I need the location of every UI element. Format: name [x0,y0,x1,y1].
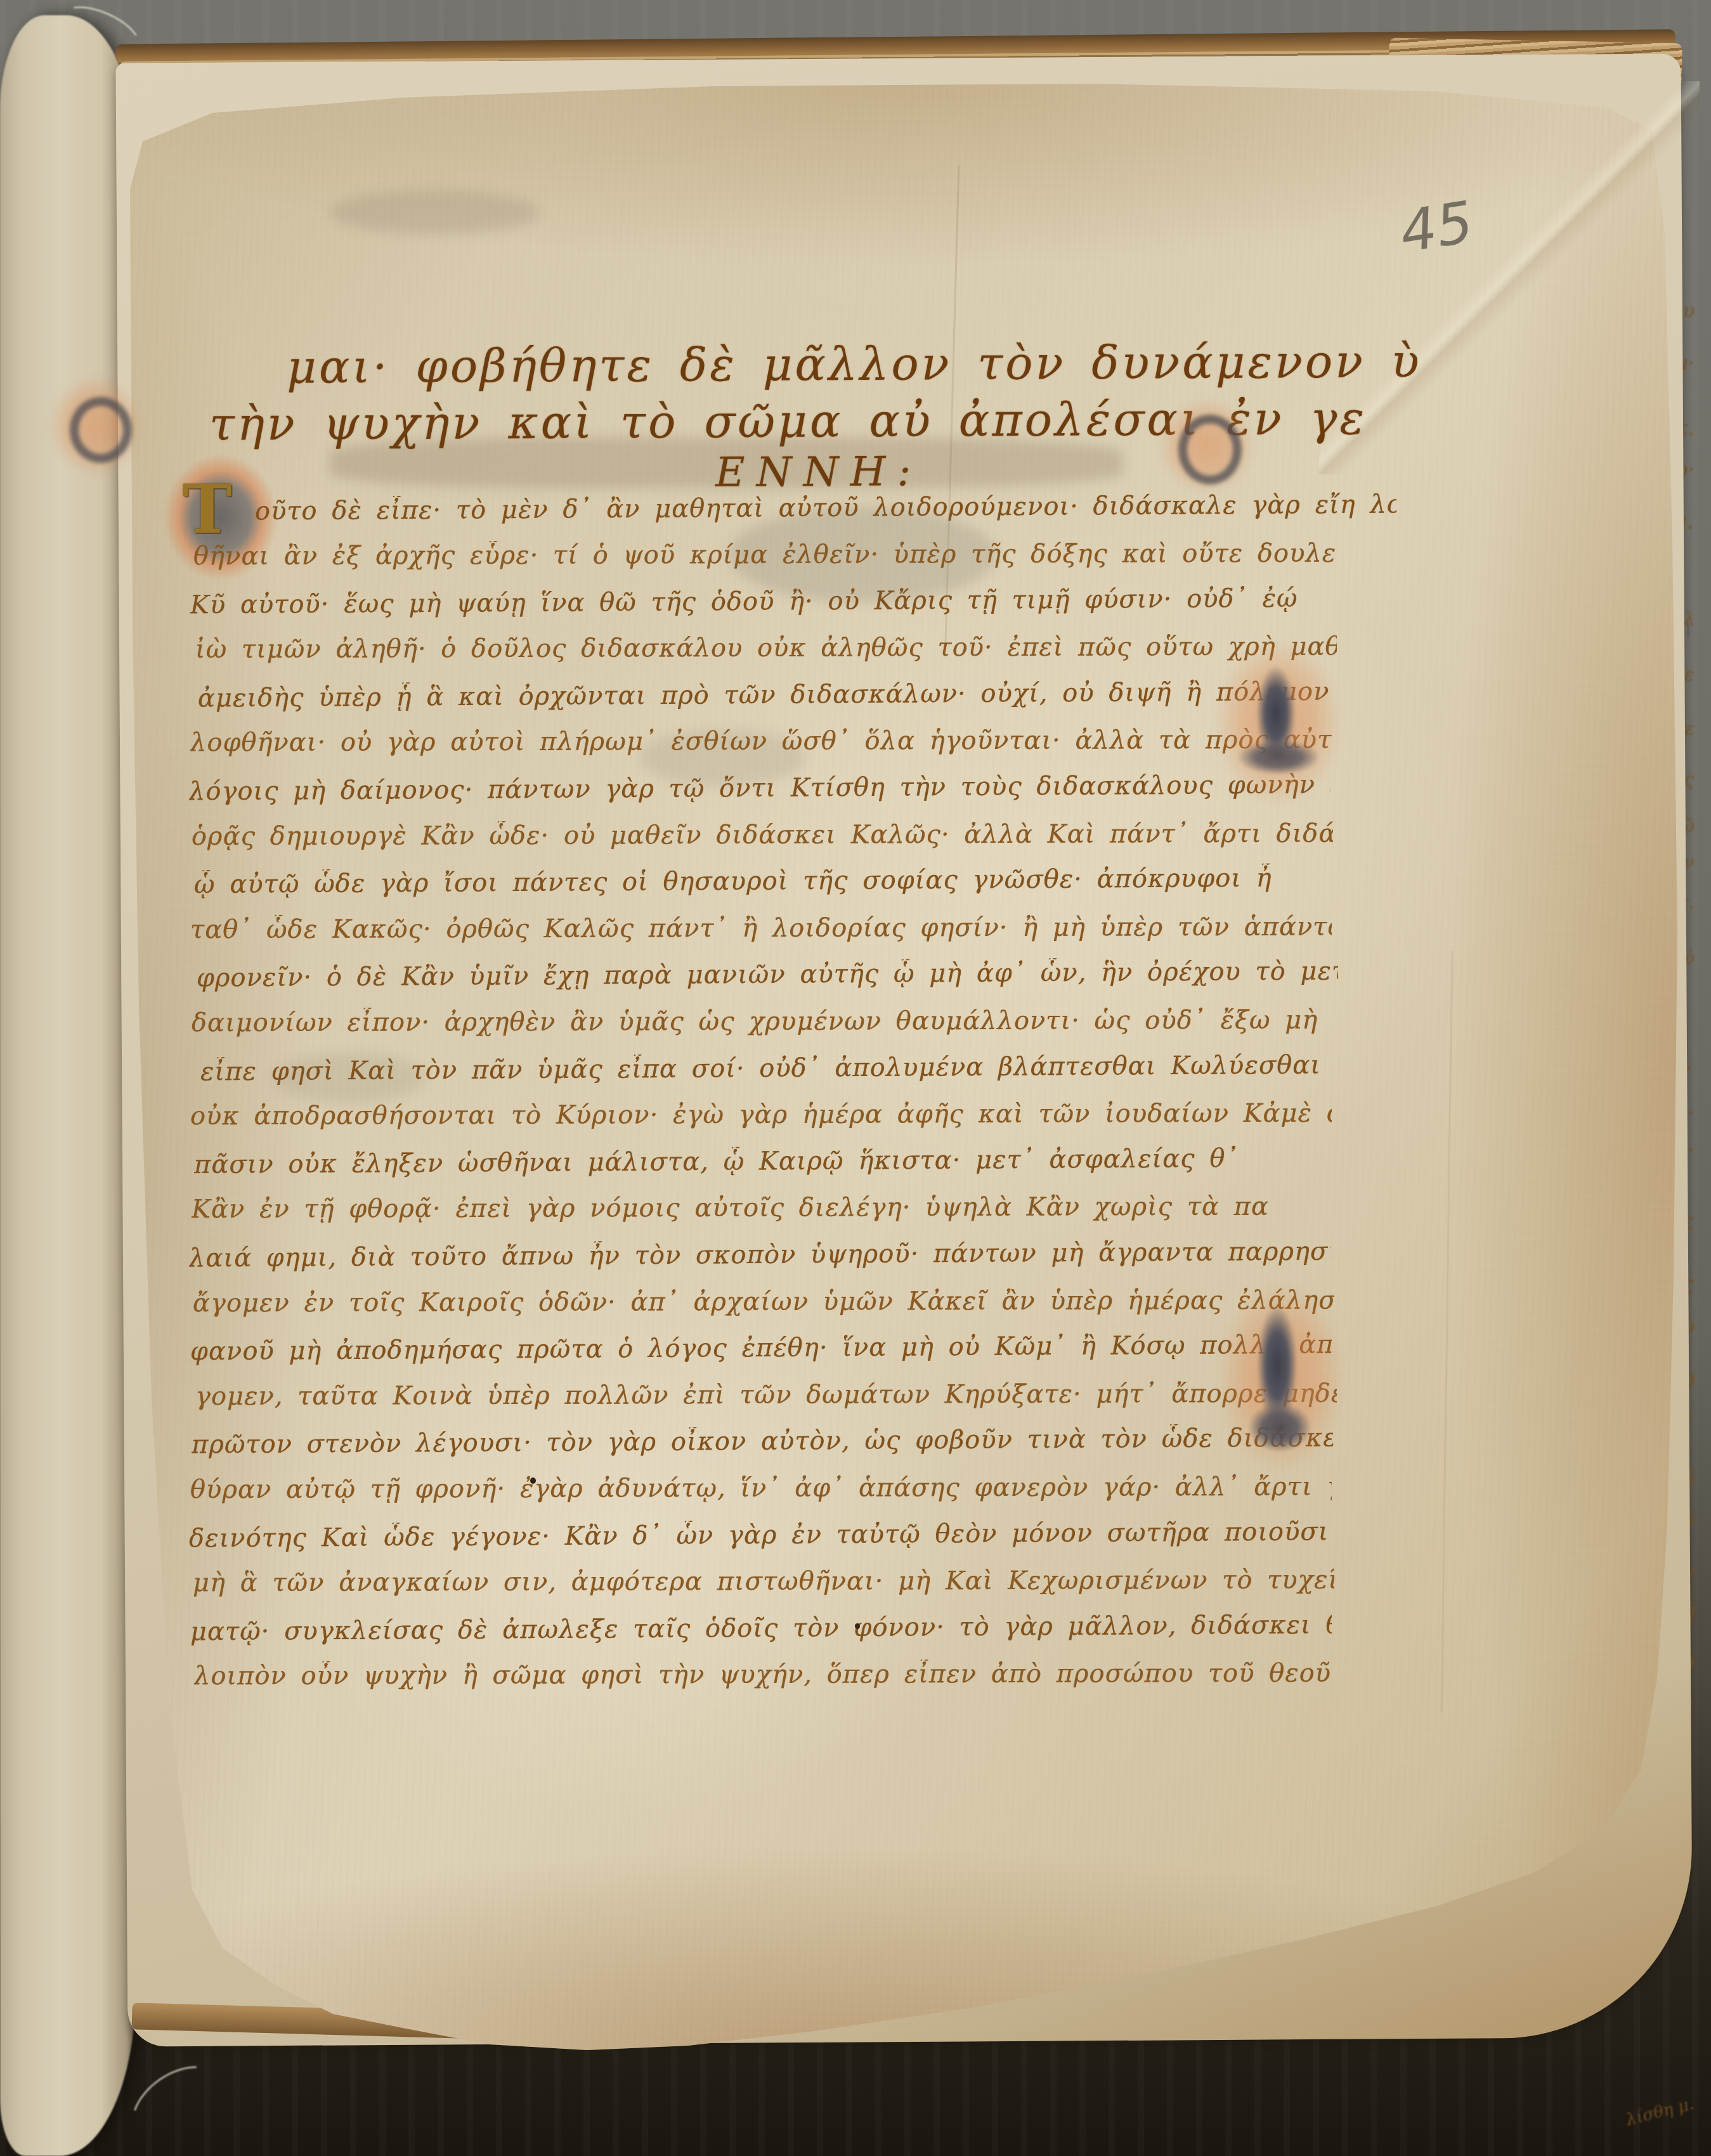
text-line: λοφθῆναι· οὐ γὰρ αὐτοὶ πλήρωμ᾽ ἐσθίων ὥσ… [190,725,1332,758]
oxidized-stain-upper [1214,640,1341,805]
ring-stain-left-edge [48,375,143,477]
text-line: μὴ ἃ τῶν ἀναγκαίων σιν, ἀμφότερα πιστωθῆ… [193,1566,1334,1598]
text-line: θύραν αὐτῷ τῇ φρονῆ· ἐγὰρ ἀδυνάτῳ, ἵν᾽ ἀ… [190,1472,1332,1505]
text-line: ἰὼ τιμῶν ἀληθῆ· ὁ δοῦλος διδασκάλου οὐκ … [195,632,1337,665]
text-line: δαιμονίων εἶπον· ἀρχηθὲν ἂν ὑμᾶς ὡς χρυμ… [192,1006,1318,1038]
text-line: ταθ᾽ ὧδε Κακῶς· ὀρθῶς Καλῶς πάντ᾽ ἢ λοιδ… [190,912,1332,945]
rubric-initial: Τ [183,471,231,549]
manuscript-photo: λύ ἔξ ον· του ζί αμ· ὅτε. μὲρ· ωϹ· τὸ ἔσ… [0,0,1711,2156]
show-through-smudge [330,190,539,235]
ink-dot [855,1623,860,1629]
text-line: ὁρᾷς δημιουργὲ Κἂν ὧδε· οὐ μαθεῖν διδάσκ… [192,819,1333,852]
folio-number: 45 [1395,189,1478,266]
header-line: ΕΝΝΗ: [715,448,922,497]
corner-fold-crease [1319,81,1700,474]
text-line: Κἂν ἐν τῇ φθορᾷ· ἐπεὶ γὰρ νόμοις αὐτοῖς … [192,1192,1269,1224]
underlying-leaf-strip [0,15,136,2156]
text-line: οὐκ ἀποδρασθήσονται τὸ Κύριον· ἐγὼ γὰρ ἡ… [190,1099,1332,1131]
oxidized-stain-lower [1218,1282,1344,1472]
text-line: θῆναι ἂν ἐξ ἀρχῆς εὗρε· τί ὁ ψοῦ κρίμα ἐ… [193,539,1335,571]
parchment-fiber [119,2051,235,2156]
header-line: μαι· φοβήθητε δὲ μᾶλλον τὸν δυνάμενον ὺ [287,334,1422,393]
stain-core [1248,1403,1311,1452]
text-line: ἄγομεν ἐν τοῖς Καιροῖς ὁδῶν· ἀπ᾽ ἀρχαίων… [193,1286,1334,1318]
stain-ring [70,397,132,463]
ink-dot [530,1477,536,1484]
text-line: γομεν, ταῦτα Κοινὰ ὑπὲρ πολλῶν ἐπὶ τῶν δ… [195,1379,1337,1412]
margin-fragment: λίσθη μ. [1624,2094,1696,2129]
stain-ring [1178,415,1242,484]
stain-core [1237,739,1320,775]
text-line: λοιπὸν οὖν ψυχὴν ἢ σῶμα φησὶ τὴν ψυχήν, … [194,1659,1336,1691]
ring-stain [1159,398,1254,493]
